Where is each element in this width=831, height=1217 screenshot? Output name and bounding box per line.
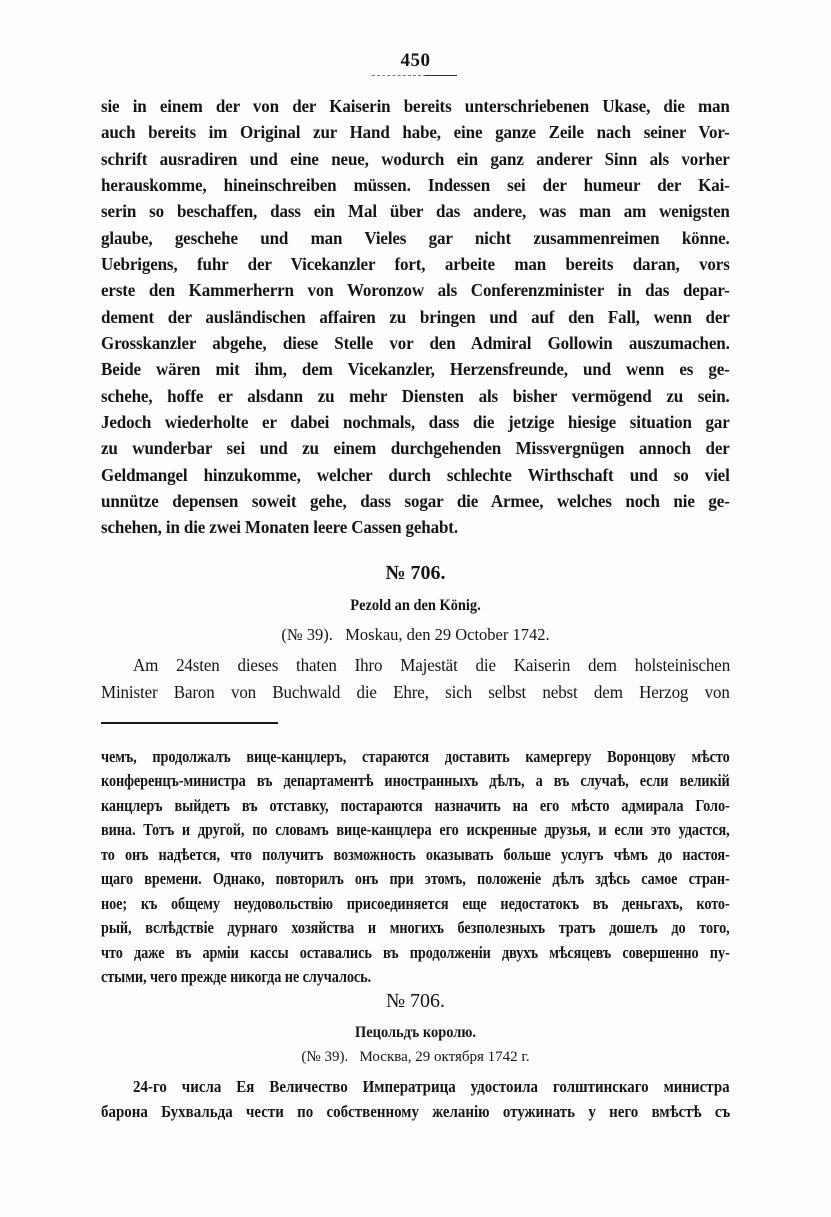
text-line: glaube, geschehe und man Vieles gar nich… [101, 227, 730, 249]
document-number-de: № 706. [0, 562, 831, 585]
text-line: Uebrigens, fuhr der Vicekanzler fort, ar… [101, 253, 730, 275]
text-line: 24-го числа Ея Величество Императрица уд… [133, 1076, 730, 1098]
footnote-line: щаго времени. Однако, повторилъ онъ при … [101, 868, 730, 890]
text-line: auch bereits im Original zur Hand habe, … [101, 121, 730, 143]
document-dateline-ru: (№ 39). Москва, 29 октября 1742 г. [0, 1049, 831, 1066]
footnote-line: канцлеръ выйдетъ въ отставку, постараютс… [101, 795, 730, 817]
footnote-line: вина. Тотъ и другой, по словамъ вице-кан… [101, 819, 730, 841]
footnote-line: конференцъ-министра въ департаментѣ инос… [101, 770, 730, 792]
footnote-line: стыми, чего прежде никогда не случалось. [101, 966, 730, 988]
footnote-line: чемъ, продолжалъ вице-канцлеръ, стараютс… [101, 746, 730, 768]
footnote-line: ное; къ общему неудовольствію присоединя… [101, 893, 730, 915]
text-line: schrift ausradiren und eine neue, wodurc… [101, 148, 730, 170]
footnote-line: рый, вслѣдствіе дурнаго хозяйства и мног… [101, 917, 730, 939]
text-line: sie in einem der von der Kaiserin bereit… [101, 95, 730, 117]
text-line: Beide wären mit ihm, dem Vicekanzler, He… [101, 358, 730, 380]
text-line: dement der ausländischen affairen zu bri… [101, 306, 730, 328]
text-line: Minister Baron von Buchwald die Ehre, si… [101, 681, 730, 703]
text-line: Am 24sten dieses thaten Ihro Majestät di… [133, 654, 730, 676]
document-title-ru: Пецольдъ королю. [42, 1024, 790, 1042]
footnote-line: то онъ надѣется, что получитъ возможност… [101, 844, 730, 866]
text-line: erste den Kammerherrn von Woronzow als C… [101, 279, 730, 301]
text-line: schehe, hoffe er alsdann zu mehr Dienste… [101, 385, 730, 407]
footnote-rule [101, 722, 278, 724]
footnote-line: что даже въ арміи кассы оставались въ пр… [101, 942, 730, 964]
text-line: herauskomme, hineinschreiben müssen. Ind… [101, 174, 730, 196]
text-line: schehen, in die zwei Monaten leere Casse… [101, 516, 730, 538]
text-line: Geldmangel hinzukomme, welcher durch sch… [101, 464, 730, 486]
text-line: unnütze depensen soweit gehe, dass sogar… [101, 490, 730, 512]
document-dateline-de: (№ 39). Moskau, den 29 October 1742. [0, 625, 831, 645]
text-line: барона Бухвальда чести по собственному ж… [101, 1101, 730, 1123]
page-number: 450 [0, 50, 831, 72]
book-page: 450 sie in einem der von der Kaiserin be… [0, 0, 831, 1217]
text-line: zu wunderbar sei und zu einem durchgehen… [101, 437, 730, 459]
text-line: Grosskanzler abgehe, diese Stelle vor de… [101, 332, 730, 354]
document-number-ru: № 706. [0, 990, 831, 1013]
document-title-de: Pezold an den König. [42, 597, 790, 615]
page-number-rule-solid [425, 75, 457, 76]
text-line: serin so beschaffen, dass ein Mal über d… [101, 200, 730, 222]
text-line: Jedoch wiederholte er dabei nochmals, da… [101, 411, 730, 433]
